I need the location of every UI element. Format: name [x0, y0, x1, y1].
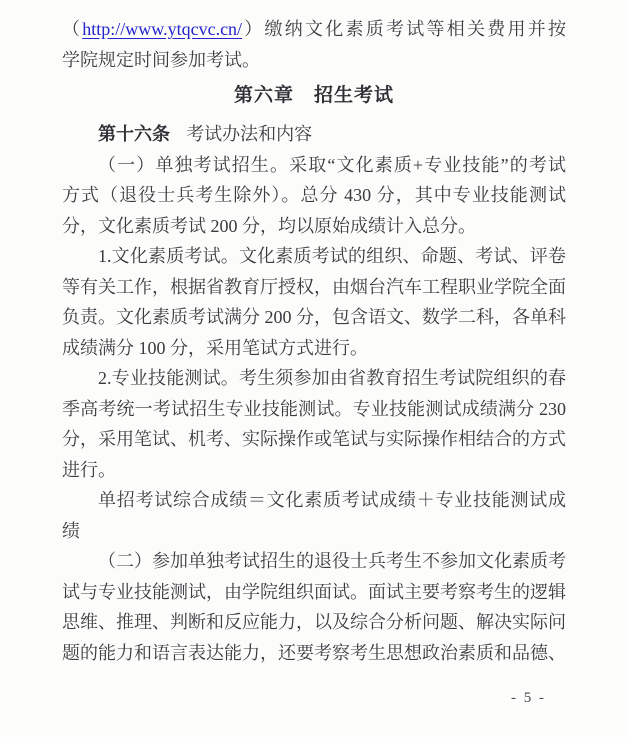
article-line: 第十六条考试办法和内容	[62, 119, 566, 150]
article-title: 考试办法和内容	[186, 124, 312, 144]
text-line: 绩	[62, 516, 566, 547]
text-line: （二）参加单独考试招生的退役士兵考生不参加文化素质考	[62, 546, 566, 577]
text-line: 方式（退役士兵考生除外）。总分 430 分，其中专业技能测试 230	[62, 180, 566, 211]
chapter-heading: 第六章 招生考试	[62, 80, 566, 112]
intro-line-1: （http://www.ytqcvc.cn/）缴纳文化素质考试等相关费用并按	[62, 14, 566, 45]
intro-prefix: （	[62, 19, 82, 39]
intro-suffix: ）缴纳文化素质考试等相关费用并按	[242, 19, 566, 39]
text-line: 2.专业技能测试。考生须参加由省教育招生考试院组织的春	[62, 363, 566, 394]
text-line: 分，文化素质考试 200 分，均以原始成绩计入总分。	[62, 211, 566, 242]
text-line: 负责。文化素质考试满分 200 分，包含语文、数学二科，各单科	[62, 302, 566, 333]
text-line: 题的能力和语言表达能力，还要考察考生思想政治素质和品德、	[62, 638, 566, 669]
text-line: 进行。	[62, 455, 566, 486]
text-line: 试与专业技能测试，由学院组织面试。面试主要考察考生的逻辑	[62, 577, 566, 608]
website-link[interactable]: http://www.ytqcvc.cn/	[82, 19, 242, 39]
text-line: 季高考统一考试招生专业技能测试。专业技能测试成绩满分 230	[62, 394, 566, 425]
intro-line-2: 学院规定时间参加考试。	[62, 45, 566, 76]
page-number: - 5 -	[511, 690, 546, 707]
text-line: 单招考试综合成绩＝文化素质考试成绩＋专业技能测试成	[62, 485, 566, 516]
text-line: 思维、推理、判断和反应能力，以及综合分析问题、解决实际问	[62, 607, 566, 638]
text-line: 成绩满分 100 分，采用笔试方式进行。	[62, 333, 566, 364]
text-line: 等有关工作，根据省教育厅授权，由烟台汽车工程职业学院全面	[62, 272, 566, 303]
text-line: 1.文化素质考试。文化素质考试的组织、命题、考试、评卷	[62, 241, 566, 272]
article-label: 第十六条	[98, 124, 170, 144]
text-line: 分，采用笔试、机考、实际操作或笔试与实际操作相结合的方式	[62, 424, 566, 455]
text-line: （一）单独考试招生。采取“文化素质+专业技能”的考试	[62, 150, 566, 181]
document-page: （http://www.ytqcvc.cn/）缴纳文化素质考试等相关费用并按 学…	[0, 0, 628, 737]
